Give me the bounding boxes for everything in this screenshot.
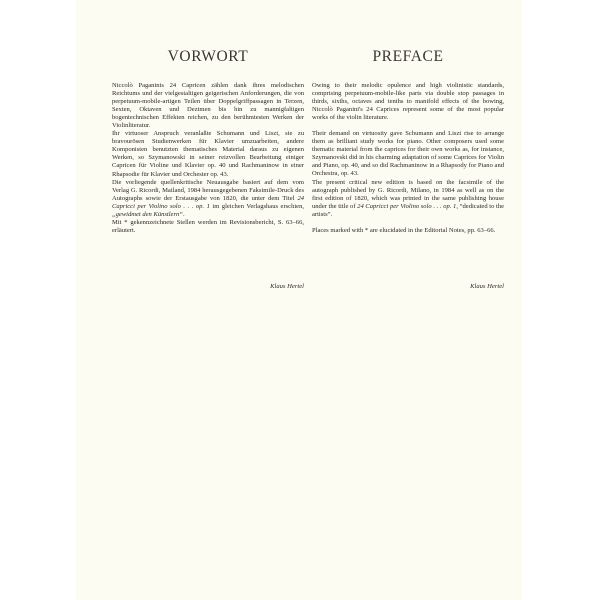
preface-body: Owing to their melodic opulence and high…: [312, 82, 504, 235]
vorwort-paragraph-2: Ihr virtuoser Anspruch veranlaßte Schuma…: [112, 130, 304, 178]
preface-work-title: 24 Capricci per Violino solo . . . op. 1: [357, 203, 456, 210]
preface-title: PREFACE: [312, 48, 504, 66]
vorwort-paragraph-3: Die vorliegende quellenkritische Neuausg…: [112, 179, 304, 219]
preface-paragraph-1: Owing to their melodic opulence and high…: [312, 82, 504, 122]
vorwort-dedication-quote: „gewidmet den Künstlern“: [112, 211, 183, 218]
vorwort-title: VORWORT: [112, 48, 304, 66]
vorwort-body: Niccolò Paganinis 24 Capricen zählen dan…: [112, 82, 304, 235]
preface-paragraph-2: Their demand on virtuosity gave Schumann…: [312, 130, 504, 178]
vorwort-p3-start: Die vorliegende quellenkritische Neuausg…: [112, 179, 304, 202]
vorwort-paragraph-4: Mit * gekennzeichnete Stellen werden im …: [112, 219, 304, 235]
preface-paragraph-4: Places marked with * are elucidated in t…: [312, 227, 504, 235]
vorwort-p3-mid: im gleichen Verlagshaus erschien,: [210, 203, 304, 210]
vorwort-signature: Klaus Hertel: [270, 283, 304, 290]
preface-signature: Klaus Hertel: [470, 283, 504, 290]
score-page: VORWORT Niccolò Paganinis 24 Capricen zä…: [76, 0, 522, 600]
preface-paragraph-3: The present critical new edition is base…: [312, 179, 504, 219]
vorwort-p3-end: .: [183, 211, 185, 218]
vorwort-paragraph-1: Niccolò Paganinis 24 Capricen zählen dan…: [112, 82, 304, 130]
